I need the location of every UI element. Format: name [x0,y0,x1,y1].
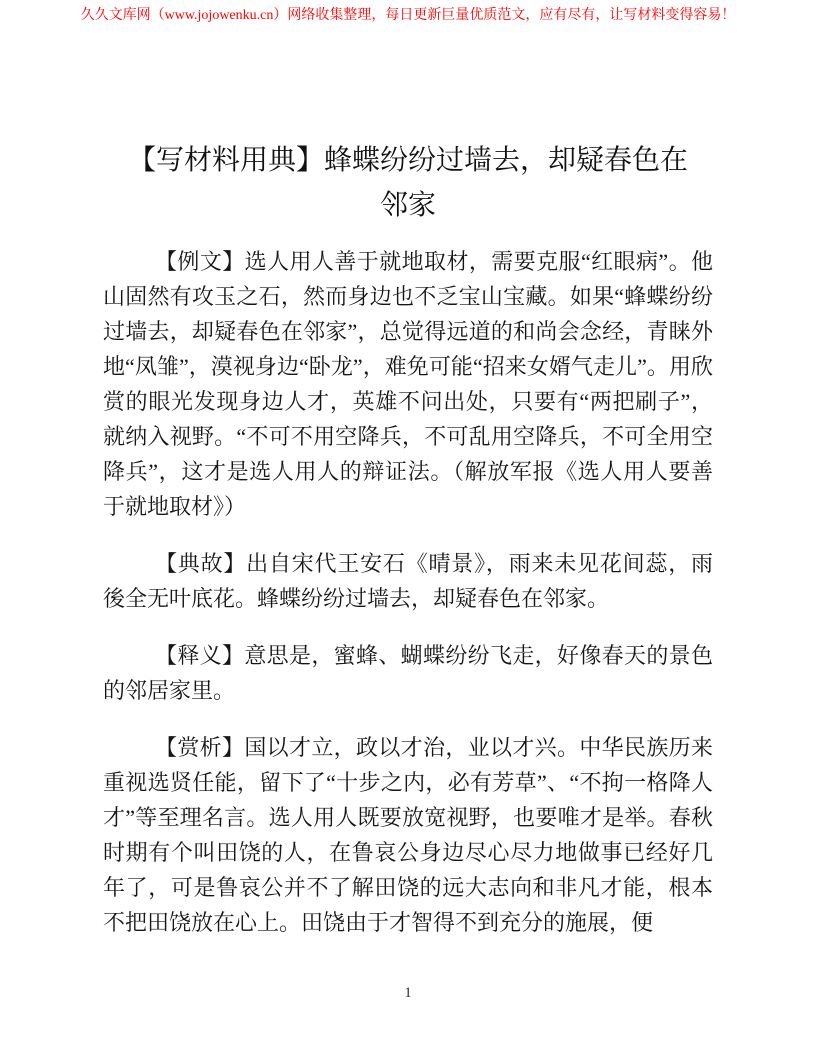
paragraph-shiyi-meaning: 【释义】意思是，蜜蜂、蝴蝶纷纷飞走，好像春天的景色的邻居家里。 [103,638,713,708]
paragraph-liwen-example: 【例文】选人用人善于就地取材，需要克服“红眼病”。他山固然有攻玉之石，然而身边也… [103,244,713,524]
paragraph-shangxi-appreciation: 【赏析】国以才立，政以才治，业以才兴。中华民族历来重视选贤任能，留下了“十步之内… [103,730,713,940]
page-number: 1 [0,983,816,1004]
document-page: 久久文库网（www.jojowenku.cn）网络收集整理，每日更新巨量优质范文… [0,0,816,1056]
paragraph-diangu-allusion: 【典故】出自宋代王安石《晴景》，雨来未见花间蕊，雨後全无叶底花。蜂蝶纷纷过墙去，… [103,546,713,616]
document-title: 【写材料用典】蜂蝶纷纷过墙去，却疑春色在 邻家 [0,138,816,228]
document-title-line-1: 【写材料用典】蜂蝶纷纷过墙去，却疑春色在 [0,138,816,183]
document-body: 【例文】选人用人善于就地取材，需要克服“红眼病”。他山固然有攻玉之石，然而身边也… [103,244,713,940]
site-watermark-header: 久久文库网（www.jojowenku.cn）网络收集整理，每日更新巨量优质范文… [0,0,816,26]
document-title-line-2: 邻家 [0,183,816,228]
